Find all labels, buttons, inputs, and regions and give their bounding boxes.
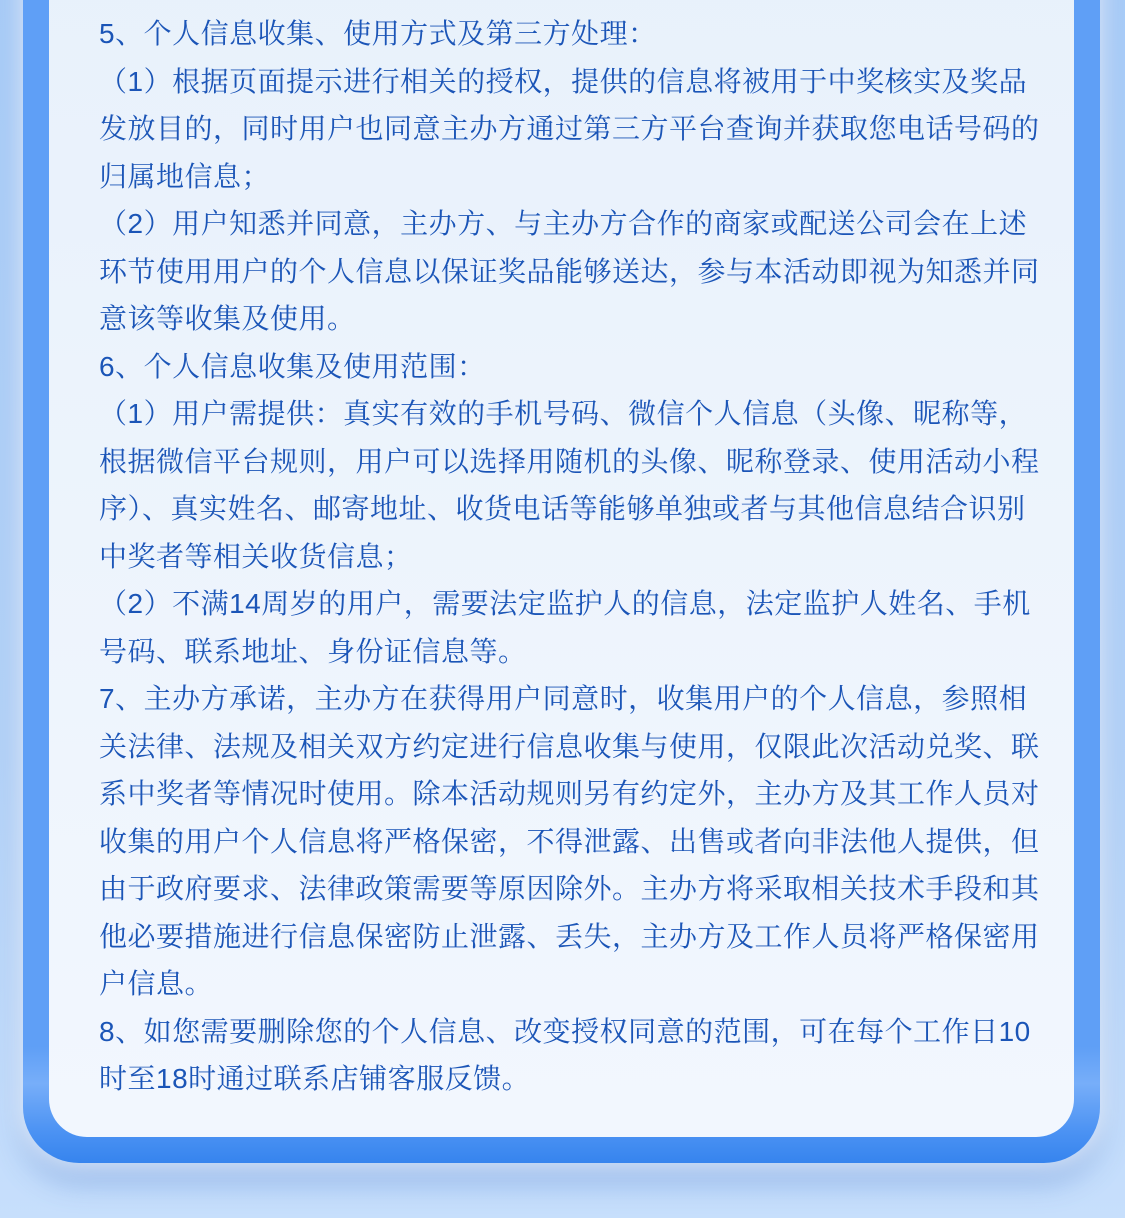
text-line: 5、个人信息收集、使用方式及第三方处理： xyxy=(99,10,1036,58)
text-line: 户信息。 xyxy=(99,960,1036,1008)
rules-card: 5、个人信息收集、使用方式及第三方处理：（1）根据页面提示进行相关的授权，提供的… xyxy=(49,0,1074,1137)
text-line: 意该等收集及使用。 xyxy=(99,295,1036,343)
text-line: 系中奖者等情况时使用。除本活动规则另有约定外，主办方及其工作人员对 xyxy=(99,770,1036,818)
text-line: 7、主办方承诺，主办方在获得用户同意时，收集用户的个人信息，参照相 xyxy=(99,675,1036,723)
text-line: 序）、真实姓名、邮寄地址、收货电话等能够单独或者与其他信息结合识别 xyxy=(99,485,1036,533)
page-background: { "colors": { "page_bg_top": "#a8ccf8", … xyxy=(0,0,1125,1218)
text-line: 归属地信息； xyxy=(99,153,1036,201)
text-line: （1）用户需提供：真实有效的手机号码、微信个人信息（头像、昵称等， xyxy=(99,390,1036,438)
text-line: 号码、联系地址、身份证信息等。 xyxy=(99,628,1036,676)
text-line: 8、如您需要删除您的个人信息、改变授权同意的范围，可在每个工作日10 xyxy=(99,1008,1036,1056)
text-line: 6、个人信息收集及使用范围： xyxy=(99,343,1036,391)
text-line: （2）用户知悉并同意，主办方、与主办方合作的商家或配送公司会在上述 xyxy=(99,200,1036,248)
text-line: 环节使用用户的个人信息以保证奖品能够送达，参与本活动即视为知悉并同 xyxy=(99,248,1036,296)
rules-card-frame: 5、个人信息收集、使用方式及第三方处理：（1）根据页面提示进行相关的授权，提供的… xyxy=(23,0,1100,1163)
text-line: 他必要措施进行信息保密防止泄露、丢失，主办方及工作人员将严格保密用 xyxy=(99,913,1036,961)
text-line: 中奖者等相关收货信息； xyxy=(99,533,1036,581)
text-line: 收集的用户个人信息将严格保密，不得泄露、出售或者向非法他人提供，但 xyxy=(99,818,1036,866)
text-line: 关法律、法规及相关双方约定进行信息收集与使用，仅限此次活动兑奖、联 xyxy=(99,723,1036,771)
text-line: 根据微信平台规则，用户可以选择用随机的头像、昵称登录、使用活动小程 xyxy=(99,438,1036,486)
text-line: （1）根据页面提示进行相关的授权，提供的信息将被用于中奖核实及奖品 xyxy=(99,58,1036,106)
text-line: 发放目的，同时用户也同意主办方通过第三方平台查询并获取您电话号码的 xyxy=(99,105,1036,153)
rules-text: 5、个人信息收集、使用方式及第三方处理：（1）根据页面提示进行相关的授权，提供的… xyxy=(49,0,1074,1103)
text-line: （2）不满14周岁的用户，需要法定监护人的信息，法定监护人姓名、手机 xyxy=(99,580,1036,628)
text-line: 由于政府要求、法律政策需要等原因除外。主办方将采取相关技术手段和其 xyxy=(99,865,1036,913)
text-line: 时至18时通过联系店铺客服反馈。 xyxy=(99,1055,1036,1103)
